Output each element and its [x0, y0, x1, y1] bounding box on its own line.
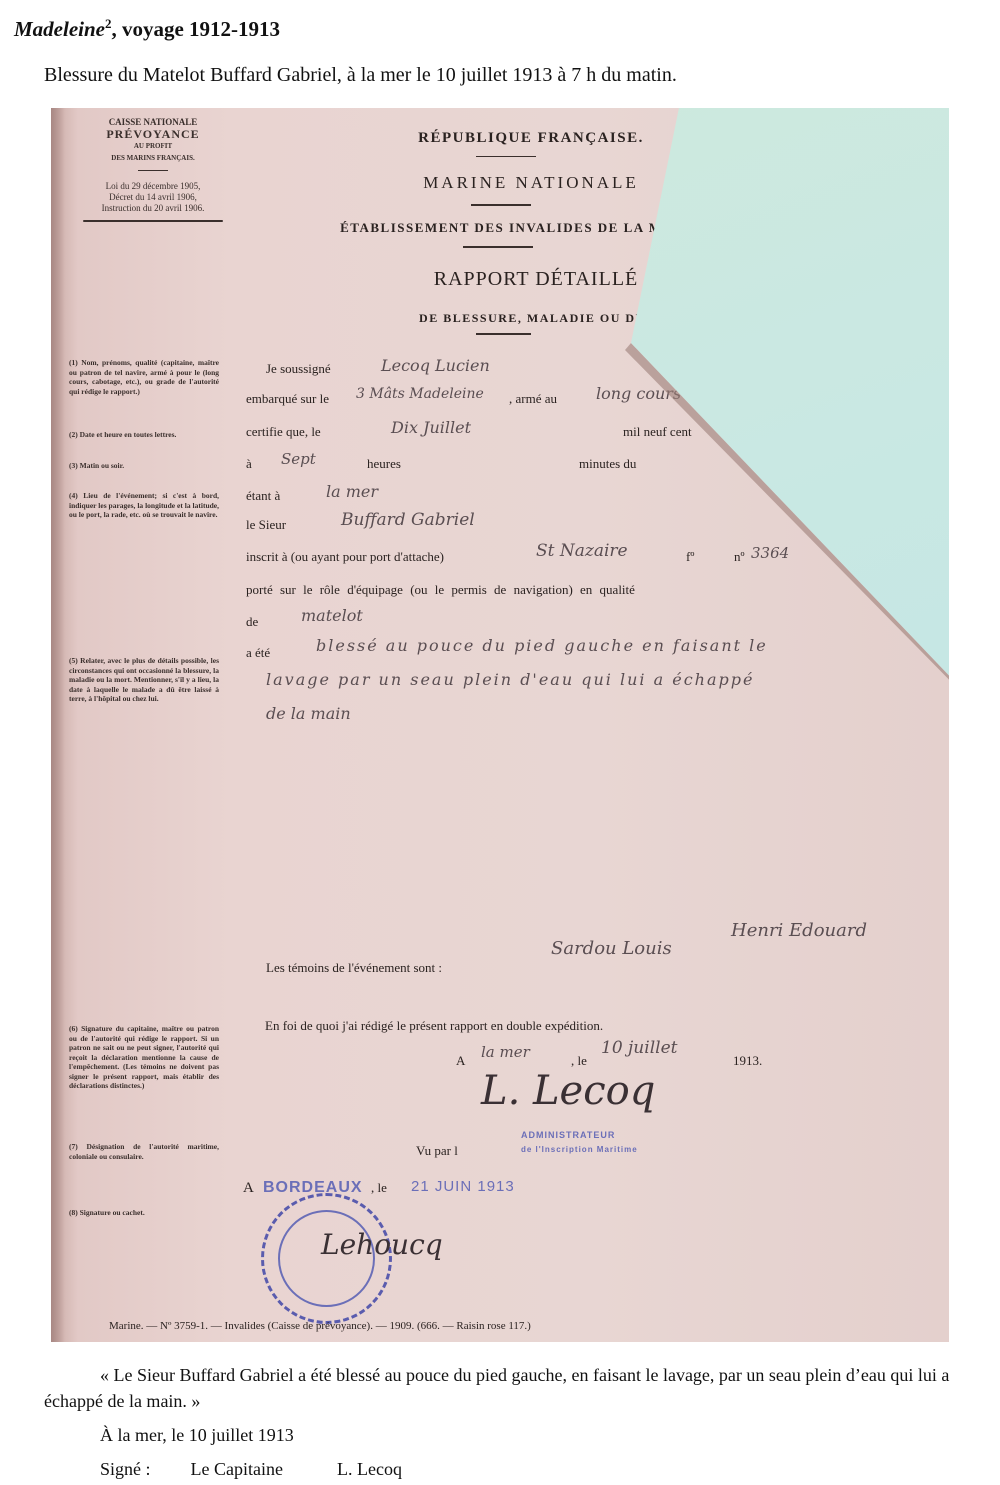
- note-2: (2) Date et heure en toutes lettres.: [69, 430, 219, 440]
- value-certifie: Dix Juillet: [391, 418, 471, 437]
- note-7: (7) Désignation de l'autorité maritime, …: [69, 1142, 219, 1161]
- caisse-line4: DES MARINS FRANÇAIS.: [73, 152, 233, 164]
- divider: [463, 246, 533, 248]
- note-1: (1) Nom, prénoms, qualité (capitaine, ma…: [69, 358, 219, 396]
- stamp-inscription: de l'Inscription Maritime: [521, 1145, 638, 1154]
- heading-republique: RÉPUBLIQUE FRANÇAISE.: [341, 130, 721, 147]
- document-photo: CAISSE NATIONALE PRÉVOYANCE AU PROFIT DE…: [51, 108, 949, 1342]
- value-embarque: 3 Mâts Madeleine: [356, 386, 484, 402]
- value-temoins-1: Sardou Louis: [551, 938, 672, 959]
- label-a: à: [246, 456, 252, 472]
- administrator-signature: Lehoucq: [321, 1228, 443, 1261]
- label-folio: fº: [686, 549, 694, 565]
- stamp-administrateur: ADMINISTRATEUR: [521, 1130, 615, 1140]
- signe-role: Le Capitaine: [191, 1456, 333, 1482]
- value-numero: 3364: [751, 544, 789, 562]
- note-5: (5) Relater, avec le plus de détails pos…: [69, 656, 219, 704]
- label-certifie: certifie que, le: [246, 424, 321, 440]
- label-numero: nº: [734, 549, 745, 565]
- label-mil-neuf-cent: mil neuf cent: [623, 424, 692, 440]
- transcript-signature-row: Signé : Le Capitaine L. Lecoq: [44, 1456, 974, 1482]
- caisse-line3: AU PROFIT: [73, 140, 233, 152]
- label-a-ete: a été: [246, 645, 270, 661]
- divider: [476, 156, 536, 157]
- note-4: (4) Lieu de l'événement; si c'est à bord…: [69, 491, 219, 520]
- title-rest: , voyage 1912-1913: [111, 17, 280, 41]
- label-de: de: [246, 614, 258, 630]
- signe-label: Signé :: [100, 1456, 186, 1482]
- note-6: (6) Signature du capitaine, maître ou pa…: [69, 1024, 219, 1091]
- value-temoins-2: Henri Edouard: [731, 920, 867, 941]
- label-etant-a: étant à: [246, 488, 280, 504]
- ship-name: Madeleine: [14, 17, 105, 41]
- captain-signature: L. Lecoq: [481, 1068, 655, 1114]
- transcript-quote: « Le Sieur Buffard Gabriel a été blessé …: [44, 1362, 974, 1414]
- value-inscrit-a: St Nazaire: [536, 541, 628, 561]
- caisse-line2: PRÉVOYANCE: [73, 128, 233, 140]
- divider: [471, 204, 531, 206]
- caisse-nationale-block: CAISSE NATIONALE PRÉVOYANCE AU PROFIT DE…: [73, 116, 233, 222]
- value-a-ete-2: lavage par un seau plein d'eau qui lui a…: [266, 670, 754, 689]
- label-minutes-du: minutes du: [579, 456, 636, 472]
- label-arme-au: , armé au: [509, 391, 557, 407]
- loi-line2: Décret du 14 avril 1906,: [73, 192, 233, 203]
- value-a-ete-3: de la main: [266, 704, 351, 723]
- loi-line3: Instruction du 20 avril 1906.: [73, 203, 233, 214]
- label-annee: 1913.: [733, 1053, 762, 1069]
- loi-line1: Loi du 29 décembre 1905,: [73, 181, 233, 192]
- page-title: Madeleine2, voyage 1912-1913: [14, 16, 280, 42]
- note-3: (3) Matin ou soir.: [69, 461, 219, 471]
- label-en-foi: En foi de quoi j'ai rédigé le présent ra…: [265, 1018, 603, 1034]
- value-heures: Sept: [281, 450, 316, 468]
- label-je-soussigne: Je soussigné: [266, 361, 331, 377]
- subtitle: Blessure du Matelot Buffard Gabriel, à l…: [44, 64, 677, 87]
- stamp-date: 21 JUIN 1913: [411, 1178, 515, 1195]
- label-a-bordeaux: A: [243, 1180, 254, 1197]
- label-vu-par: Vu par l: [416, 1143, 458, 1159]
- divider: [476, 333, 531, 335]
- note-8: (8) Signature ou cachet.: [69, 1208, 219, 1218]
- label-le-sieur: le Sieur: [246, 517, 286, 533]
- divider: [138, 170, 168, 171]
- label-temoins: Les témoins de l'événement sont :: [266, 960, 442, 976]
- label-embarque: embarqué sur le: [246, 391, 329, 407]
- signe-name: L. Lecoq: [337, 1456, 402, 1482]
- value-le-sieur: Buffard Gabriel: [341, 510, 475, 530]
- value-etant-a: la mer: [326, 482, 378, 501]
- form-print-reference: Marine. — Nº 3759-1. — Invalides (Caisse…: [109, 1320, 531, 1332]
- transcript-place-date: À la mer, le 10 juillet 1913: [44, 1422, 974, 1448]
- value-a-ete-1: blessé au pouce du pied gauche en faisan…: [316, 636, 768, 655]
- label-a-lieu: A: [456, 1053, 465, 1069]
- label-porte-sur: porté sur le rôle d'équipage (ou le perm…: [246, 582, 635, 598]
- label-inscrit-a: inscrit à (ou ayant pour port d'attache): [246, 549, 444, 565]
- divider: [83, 220, 223, 222]
- value-de: matelot: [301, 606, 363, 625]
- value-a-lieu: la mer: [481, 1043, 530, 1061]
- value-le-date: 10 juillet: [601, 1038, 677, 1058]
- loi-block: Loi du 29 décembre 1905, Décret du 14 av…: [73, 181, 233, 214]
- label-le2: , le: [371, 1180, 387, 1196]
- transcript: « Le Sieur Buffard Gabriel a été blessé …: [44, 1362, 974, 1482]
- label-heures: heures: [367, 456, 401, 472]
- label-le-date: , le: [571, 1053, 587, 1069]
- value-je-soussigne: Lecoq Lucien: [381, 356, 490, 375]
